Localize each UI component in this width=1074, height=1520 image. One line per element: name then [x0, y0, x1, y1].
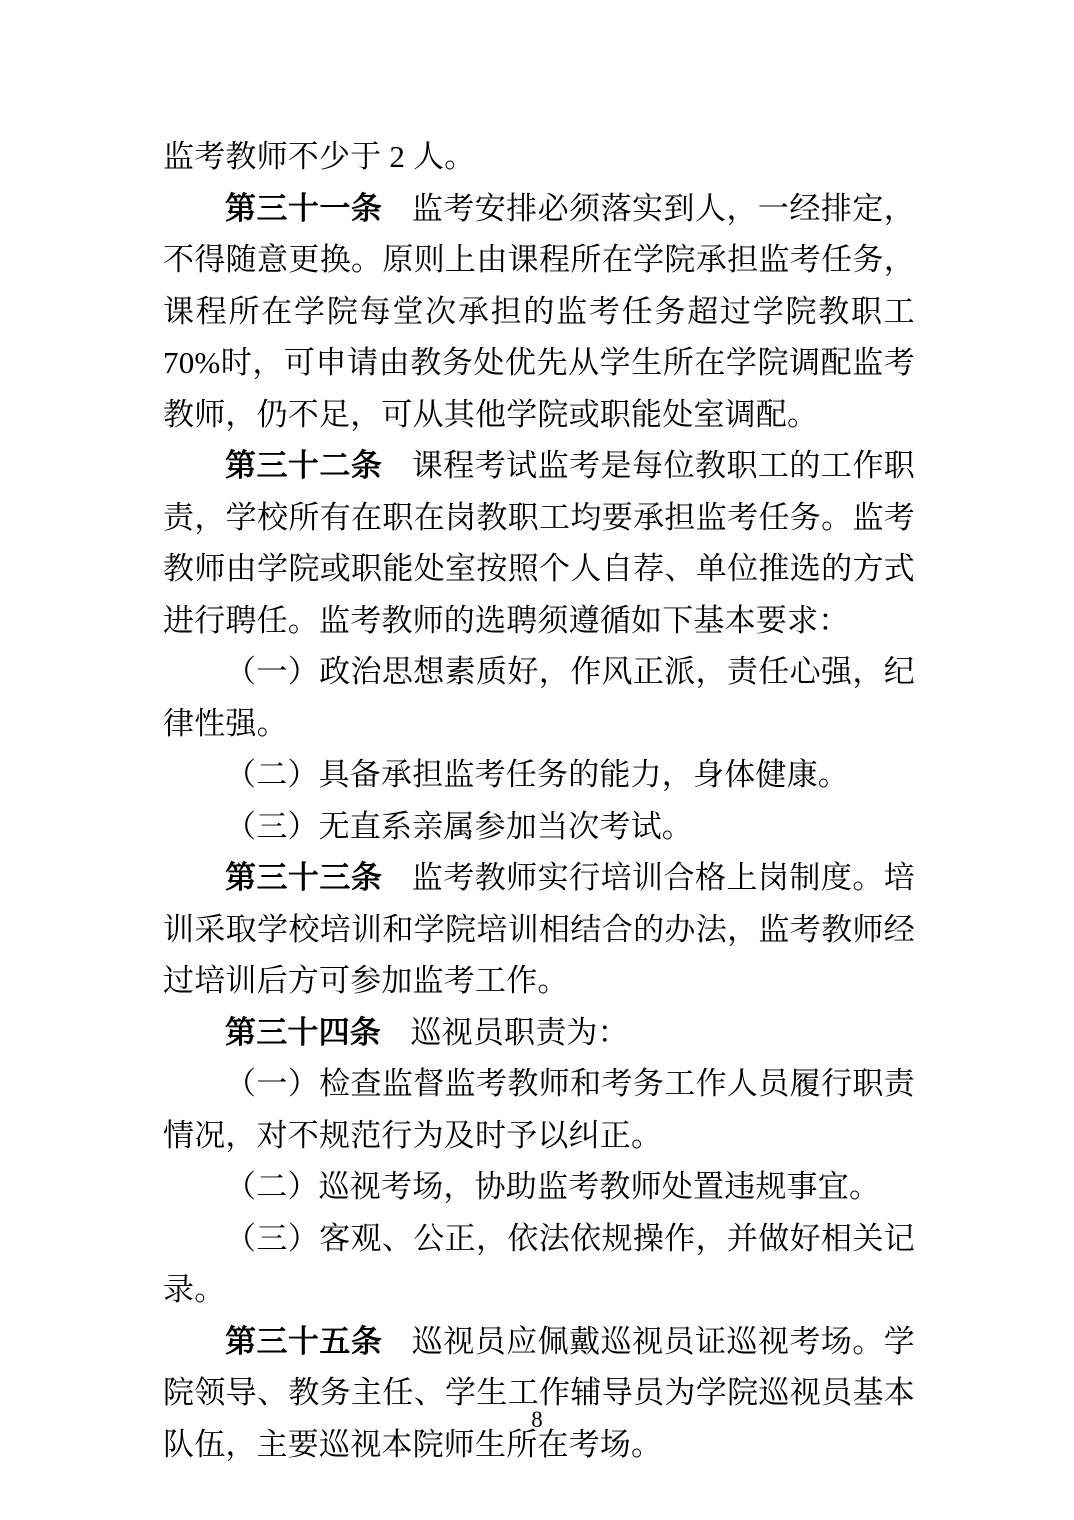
article-label: 第三十五条 [225, 1324, 382, 1359]
document-page: 监考教师不少于 2 人。 第三十一条监考安排必须落实到人，一经排定，不得随意更换… [0, 0, 1074, 1520]
paragraph: 第三十二条课程考试监考是每位教职工的工作职责，学校所有在职在岗教职工均要承担监考… [163, 440, 915, 646]
page-number: 8 [0, 1406, 1074, 1434]
list-item: （三）客观、公正，依法依规操作，并做好相关记录。 [163, 1213, 915, 1316]
list-item: （一）政治思想素质好，作风正派，责任心强，纪律性强。 [163, 646, 915, 749]
paragraph-text: （三）客观、公正，依法依规操作，并做好相关记录。 [163, 1221, 915, 1308]
paragraph-text: 监考安排必须落实到人，一经排定，不得随意更换。原则上由课程所在学院承担监考任务，… [163, 191, 915, 432]
paragraph-text: 巡视员职责为： [410, 1015, 628, 1050]
list-item: （二）巡视考场，协助监考教师处置违规事宜。 [163, 1161, 915, 1213]
paragraph-text: （一）检查监督监考教师和考务工作人员履行职责情况，对不规范行为及时予以纠正。 [163, 1066, 915, 1153]
document-body: 监考教师不少于 2 人。 第三十一条监考安排必须落实到人，一经排定，不得随意更换… [163, 131, 915, 1470]
paragraph: 第三十三条监考教师实行培训合格上岗制度。培训采取学校培训和学院培训相结合的办法，… [163, 852, 915, 1007]
paragraph-text: （一）政治思想素质好，作风正派，责任心强，纪律性强。 [163, 654, 915, 741]
list-item: （三）无直系亲属参加当次考试。 [163, 801, 915, 853]
list-item: （二）具备承担监考任务的能力，身体健康。 [163, 749, 915, 801]
paragraph-text: （三）无直系亲属参加当次考试。 [225, 809, 693, 844]
article-label: 第三十二条 [225, 448, 382, 483]
paragraph: 第三十一条监考安排必须落实到人，一经排定，不得随意更换。原则上由课程所在学院承担… [163, 183, 915, 441]
article-label: 第三十三条 [225, 860, 382, 895]
paragraph-text: 监考教师不少于 2 人。 [163, 139, 475, 174]
paragraph-text: （二）巡视考场，协助监考教师处置违规事宜。 [225, 1169, 880, 1204]
list-item: （一）检查监督监考教师和考务工作人员履行职责情况，对不规范行为及时予以纠正。 [163, 1058, 915, 1161]
paragraph: 第三十五条巡视员应佩戴巡视员证巡视考场。学院领导、教务主任、学生工作辅导员为学院… [163, 1316, 915, 1471]
paragraph: 第三十四条巡视员职责为： [163, 1007, 915, 1059]
paragraph-text: （二）具备承担监考任务的能力，身体健康。 [225, 757, 849, 792]
article-label: 第三十四条 [225, 1015, 381, 1050]
paragraph: 监考教师不少于 2 人。 [163, 131, 915, 183]
article-label: 第三十一条 [225, 191, 382, 226]
